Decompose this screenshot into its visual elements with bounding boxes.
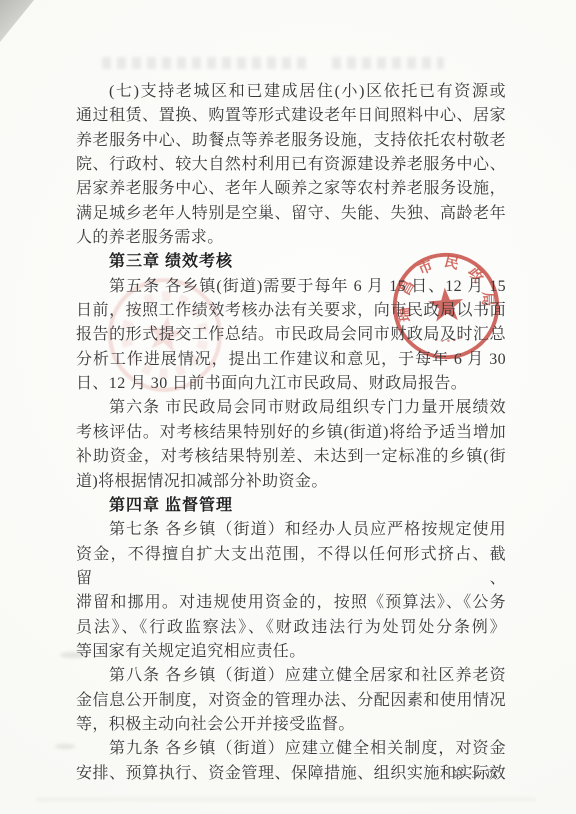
text-line: 等，积极主动向社会公开并接受监督。: [76, 713, 506, 737]
text-line: 满足城乡老年人特别是空巢、留守、失能、失独、高龄老年: [76, 202, 506, 226]
text-line: 员法》、《行政监察法》、《财政违法行为处罚处分条例》: [76, 616, 506, 640]
text-line: 通过租赁、置换、购置等形式建设老年日间照料中心、居家: [76, 104, 506, 128]
document-body: (七)支持老城区和已建成居住(小)区依托已有资源或 通过租赁、置换、购置等形式建…: [76, 80, 506, 786]
text-line: 院、行政村、较大自然村利用已有资源建设养老服务中心、: [76, 153, 506, 177]
text-line: 人的养老服务需求。: [76, 226, 506, 250]
text-line: 养老服务中心、助餐点等养老服务设施，支持依托农村敬老: [76, 129, 506, 153]
text-line: 居家养老服务中心、老年人颐养之家等农村养老服务设施，: [76, 177, 506, 201]
text-line: 第九条 各乡镇（街道）应建立健全相关制度，对资金: [76, 737, 506, 761]
text-line: 第七条 各乡镇（街道）和经办人员应严格按规定使用: [76, 518, 506, 542]
text-line: (七)支持老城区和已建成居住(小)区依托已有资源或: [76, 80, 506, 104]
scan-smudge: [36, 798, 536, 801]
text-line: 补助资金，对考核结果特别差、未达到一定标准的乡镇(街: [76, 445, 506, 469]
text-line: 金信息公开制度，对资金的管理办法、分配因素和使用情况: [76, 689, 506, 713]
bleed-through-text: [332, 57, 444, 69]
text-line: 考核评估。对考核结果特别好的乡镇(街道)将给予适当增加: [76, 421, 506, 445]
text-line: 日、12 月 30 日前书面向九江市民政局、财政局报告。: [76, 372, 506, 396]
text-line: 第八条 各乡镇（街道）应建立健全居家和社区养老资: [76, 664, 506, 688]
text-line: 第五条 各乡镇(街道)需要于每年 6 月 15 日、12 月 15: [76, 275, 506, 299]
text-line: 报告的形式提交工作总结。市民政局会同市财政局及时汇总: [76, 323, 506, 347]
bleed-through-text: [102, 57, 310, 69]
chapter-heading: 第三章 绩效考核: [76, 250, 506, 274]
text-line: 等国家有关规定追究相应责任。: [76, 640, 506, 664]
scanned-page: 瑞昌市民政局 (七)支持老城区和已建成居住(小)区依托已有资源或 通过租赁、置换…: [0, 0, 576, 814]
text-line: 日前，按照工作绩效考核办法有关要求，向市民政局以书面: [76, 299, 506, 323]
text-line: 第六条 市民政局会同市财政局组织专门力量开展绩效: [76, 396, 506, 420]
text-line: 安排、预算执行、资金管理、保障措施、组织实施和实际效: [76, 762, 506, 786]
chapter-heading: 第四章 监督管理: [76, 494, 506, 518]
text-line: 滞留和挪用。对违规使用资金的，按照《预算法》、《公务: [76, 591, 506, 615]
text-line: 道)将根据情况扣减部分补助资金。: [76, 470, 506, 494]
scan-smudge: [55, 744, 75, 749]
text-line: 分析工作进展情况，提出工作建议和意见，于每年 6 月 30: [76, 348, 506, 372]
page-corner-fold: [0, 0, 34, 42]
page-number: 第 3 页: [452, 766, 500, 782]
text-line: 资金，不得擅自扩大支出范围，不得以任何形式挤占、截留、: [76, 543, 506, 592]
